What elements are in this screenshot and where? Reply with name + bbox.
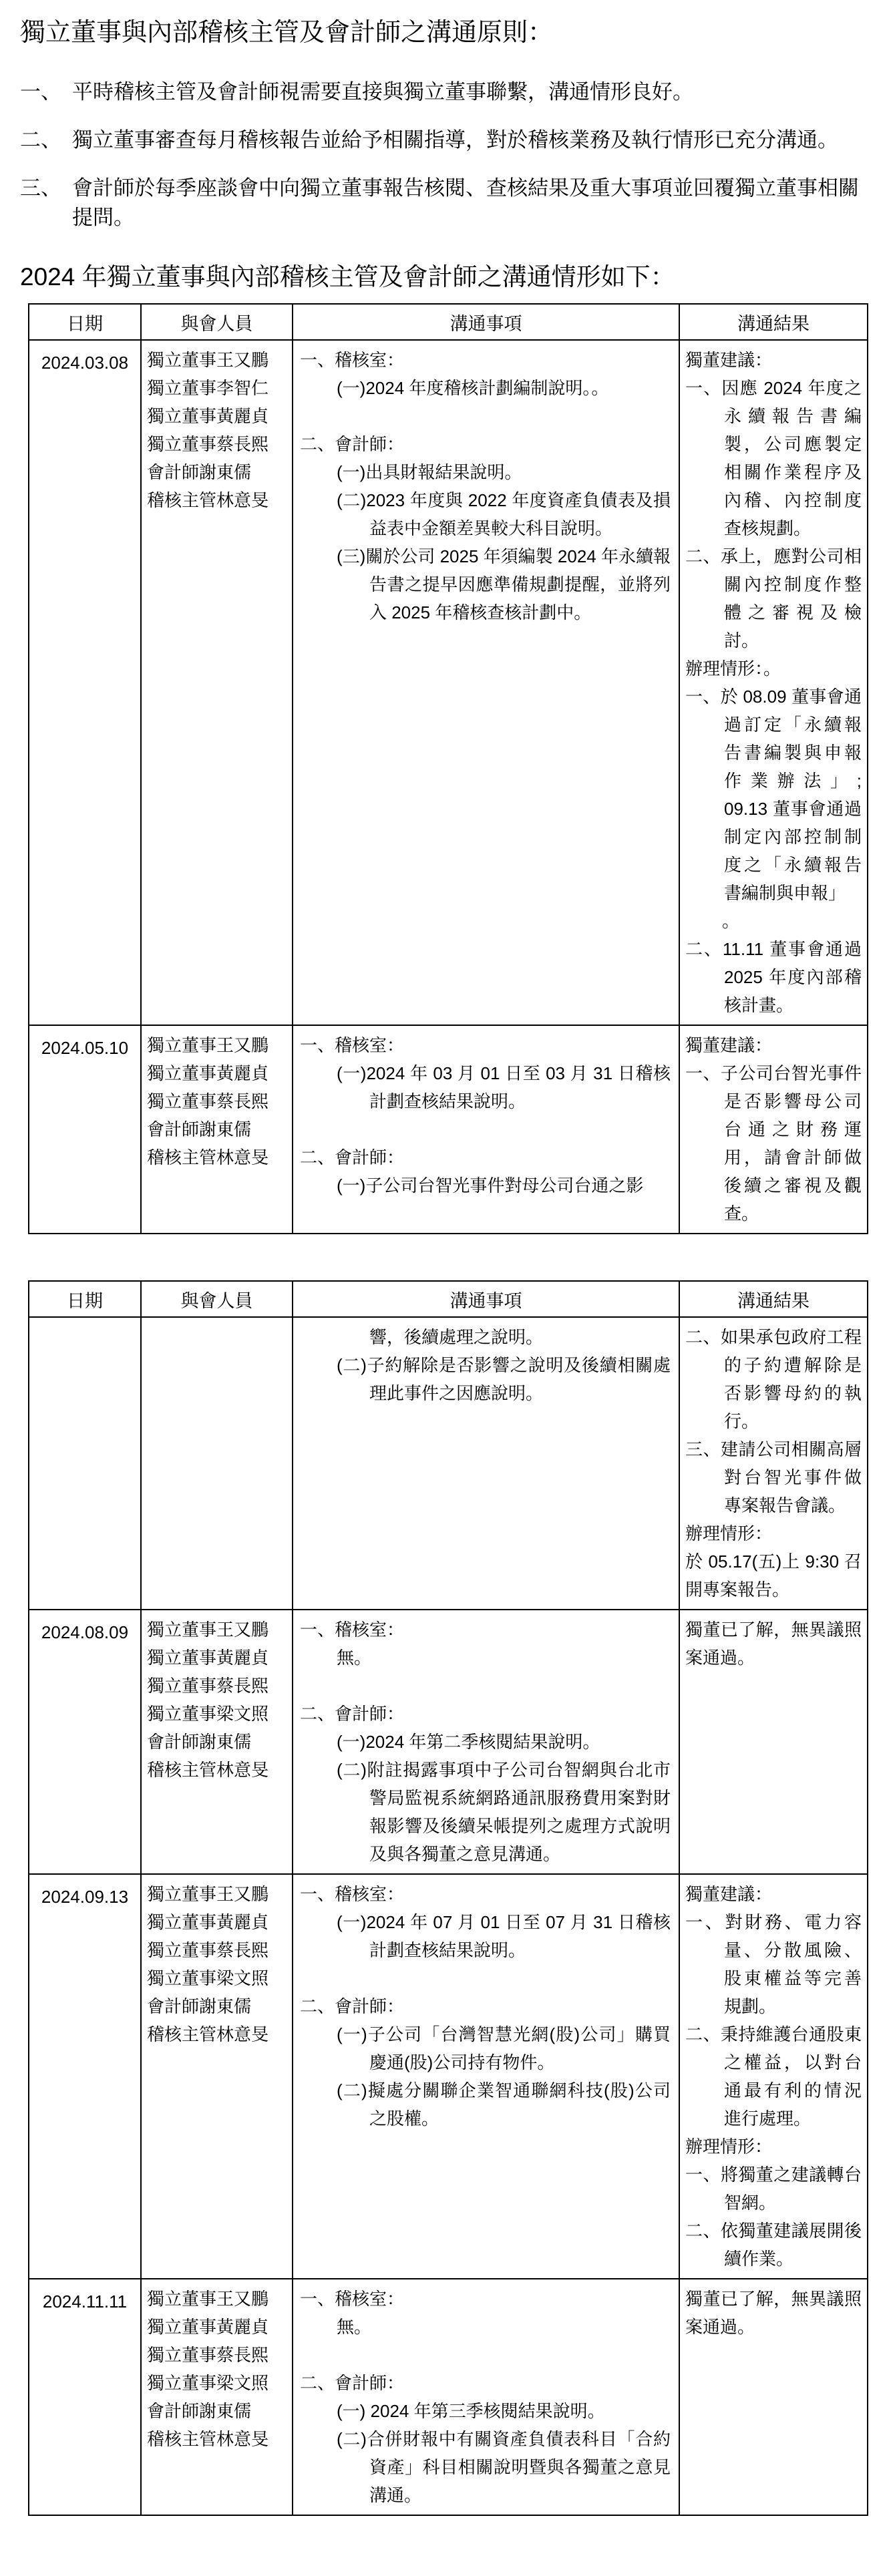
attendee-name: 獨立董事蔡長熙 bbox=[147, 1936, 287, 1964]
attendees-cell: 獨立董事王又鵬獨立董事黃麗貞獨立董事蔡長熙獨立董事梁文照會計師謝東儒稽核主管林意… bbox=[141, 1610, 293, 1874]
col-header-attendees: 與會人員 bbox=[141, 1281, 293, 1317]
attendee-name: 會計師謝東儒 bbox=[147, 1115, 287, 1143]
attendee-name: 獨立董事梁文照 bbox=[147, 1700, 287, 1728]
meeting-date: 2024.11.11 bbox=[29, 2279, 141, 2515]
meeting-date: 2024.09.13 bbox=[29, 1874, 141, 2279]
communication-result: 三、建請公司相關高層對台智光事件做專案報告會議。 bbox=[685, 1435, 862, 1519]
communication-items-cell: 一、稽核室：無。二、會計師：(一) 2024 年第三季核閱結果說明。(二)合併財… bbox=[293, 2279, 679, 2515]
attendee-name: 獨立董事黃麗貞 bbox=[147, 1644, 287, 1672]
communication-result: 二、秉持維護台通股東之權益，以對台通最有利的情況進行處理。 bbox=[685, 2020, 862, 2133]
communication-item: (二)子約解除是否影響之說明及後續相關處理此事件之因應說明。 bbox=[300, 1351, 671, 1407]
principle-item-2: 二、獨立董事審查每月稽核報告並給予相關指導，對於稽核業務及執行情形已充分溝通。 bbox=[20, 126, 867, 155]
communication-result: 獨董已了解，無異議照案通過。 bbox=[685, 2285, 862, 2341]
attendee-name: 獨立董事蔡長熙 bbox=[147, 1087, 287, 1115]
communication-result: 獨董已了解，無異議照案通過。 bbox=[685, 1616, 862, 1672]
communication-item: 無。 bbox=[300, 1644, 671, 1672]
col-header-result: 溝通結果 bbox=[679, 304, 868, 340]
communication-result: 辦理情形： bbox=[685, 1519, 862, 1547]
communication-items-cell: 一、稽核室：無。二、會計師：(一)2024 年第二季核閱結果說明。(二)附註揭露… bbox=[293, 1610, 679, 1874]
col-header-attendees: 與會人員 bbox=[141, 304, 293, 340]
meeting-date: 2024.08.09 bbox=[29, 1610, 141, 1874]
document-page: 獨立董事與內部稽核主管及會計師之溝通原則： 一、平時稽核主管及會計師視需要直接與… bbox=[0, 0, 895, 2576]
attendee-name: 獨立董事王又鵬 bbox=[147, 346, 287, 374]
communication-item: (一)2024 年第二季核閱結果說明。 bbox=[300, 1728, 671, 1756]
communication-item: 二、會計師： bbox=[300, 430, 671, 458]
attendee-name: 獨立董事王又鵬 bbox=[147, 1880, 287, 1908]
attendee-name: 獨立董事黃麗貞 bbox=[147, 1908, 287, 1936]
communication-result: 二、如果承包政府工程的子約遭解除是否影響母約的執行。 bbox=[685, 1323, 862, 1435]
attendee-name: 獨立董事蔡長熙 bbox=[147, 1672, 287, 1700]
meeting-date: 2024.05.10 bbox=[29, 1025, 141, 1234]
communication-result-cell: 獨董建議：一、子公司台智光事件是否影響母公司台通之財務運用，請會計師做後續之審視… bbox=[679, 1025, 868, 1234]
attendees-cell bbox=[141, 1317, 293, 1610]
principles-list: 一、平時稽核主管及會計師視需要直接與獨立董事聯繫，溝通情形良好。 二、獨立董事審… bbox=[20, 77, 867, 232]
attendee-name: 會計師謝東儒 bbox=[147, 458, 287, 486]
communication-result-cell: 獨董建議：一、因應 2024 年度之永續報告書編製，公司應製定相關作業程序及內稽… bbox=[679, 340, 868, 1025]
communication-items-cell: 響，後續處理之說明。(二)子約解除是否影響之說明及後續相關處理此事件之因應說明。 bbox=[293, 1317, 679, 1610]
communication-result-cell: 獨董建議：一、對財務、電力容量、分散風險、股東權益等完善規劃。二、秉持維護台通股… bbox=[679, 1874, 868, 2279]
communication-item: 二、會計師： bbox=[300, 1992, 671, 2020]
principle-number: 一、 bbox=[20, 77, 72, 107]
attendee-name: 獨立董事王又鵬 bbox=[147, 2285, 287, 2313]
section-subtitle: 2024 年獨立董事與內部稽核主管及會計師之溝通情形如下： bbox=[20, 260, 867, 294]
communication-item: (一)子公司台智光事件對母公司台通之影 bbox=[300, 1171, 671, 1200]
communication-item: (二)2023 年度與 2022 年度資產負債表及損益表中金額差異較大科目說明。 bbox=[300, 486, 671, 542]
communication-result: 獨董建議： bbox=[685, 346, 862, 374]
communication-result-cell: 獨董已了解，無異議照案通過。 bbox=[679, 1610, 868, 1874]
communication-item: 無。 bbox=[300, 2313, 671, 2341]
communication-result: 一、對財務、電力容量、分散風險、股東權益等完善規劃。 bbox=[685, 1908, 862, 2020]
communication-item: (二)附註揭露事項中子公司台智網與台北市警局監視系統網路通訊服務費用案對財報影響… bbox=[300, 1756, 671, 1868]
attendee-name: 獨立董事梁文照 bbox=[147, 1964, 287, 1992]
attendees-cell: 獨立董事王又鵬獨立董事黃麗貞獨立董事蔡長熙獨立董事梁文照會計師謝東儒稽核主管林意… bbox=[141, 1874, 293, 2279]
col-header-items: 溝通事項 bbox=[293, 304, 679, 340]
communication-result: 一、因應 2024 年度之永續報告書編製，公司應製定相關作業程序及內稽、內控制度… bbox=[685, 374, 862, 542]
attendee-name: 會計師謝東儒 bbox=[147, 2397, 287, 2425]
col-header-result: 溝通結果 bbox=[679, 1281, 868, 1317]
col-header-date: 日期 bbox=[29, 1281, 141, 1317]
communication-item: (一)2024 年 07 月 01 日至 07 月 31 日稽核計劃查核結果說明… bbox=[300, 1908, 671, 1964]
col-header-items: 溝通事項 bbox=[293, 1281, 679, 1317]
attendees-cell: 獨立董事王又鵬獨立董事李智仁獨立董事黃麗貞獨立董事蔡長熙會計師謝東儒稽核主管林意… bbox=[141, 340, 293, 1025]
communication-item: (一)2024 年 03 月 01 日至 03 月 31 日稽核計劃查核結果說明… bbox=[300, 1059, 671, 1115]
attendee-name: 會計師謝東儒 bbox=[147, 1728, 287, 1756]
communication-result: 二、承上，應對公司相關內控制度作整體之審視及檢討。 bbox=[685, 542, 862, 655]
table-header-row: 日期 與會人員 溝通事項 溝通結果 bbox=[29, 304, 868, 340]
communication-result: 。 bbox=[685, 907, 862, 935]
attendee-name: 獨立董事黃麗貞 bbox=[147, 2313, 287, 2341]
communication-item: 一、稽核室： bbox=[300, 1880, 671, 1908]
communication-result: 辦理情形： bbox=[685, 2133, 862, 2161]
communication-items-cell: 一、稽核室：(一)2024 年 03 月 01 日至 03 月 31 日稽核計劃… bbox=[293, 1025, 679, 1234]
communication-table-part1: 日期 與會人員 溝通事項 溝通結果 2024.03.08 獨立董事王又鵬獨立董事… bbox=[28, 303, 868, 1234]
attendee-name: 獨立董事梁文照 bbox=[147, 2369, 287, 2397]
table-row-2024-05-10: 2024.05.10 獨立董事王又鵬獨立董事黃麗貞獨立董事蔡長熙會計師謝東儒稽核… bbox=[29, 1025, 868, 1234]
communication-item: (三)關於公司 2025 年須編製 2024 年永續報告書之提早因應準備規劃提醒… bbox=[300, 542, 671, 626]
communication-result-cell: 二、如果承包政府工程的子約遭解除是否影響母約的執行。三、建請公司相關高層對台智光… bbox=[679, 1317, 868, 1610]
principle-item-3: 三、會計師於每季座談會中向獨立董事報告核閱、查核結果及重大事項並回覆獨立董事相關… bbox=[20, 174, 867, 232]
communication-result: 二、依獨董建議展開後續作業。 bbox=[685, 2217, 862, 2273]
communication-item: (一)子公司「台灣智慧光網(股)公司」購買慶通(股)公司持有物件。 bbox=[300, 2020, 671, 2076]
attendees-cell: 獨立董事王又鵬獨立董事黃麗貞獨立董事蔡長熙獨立董事梁文照會計師謝東儒稽核主管林意… bbox=[141, 2279, 293, 2515]
attendee-name: 會計師謝東儒 bbox=[147, 1992, 287, 2020]
table-row-2024-08-09: 2024.08.09 獨立董事王又鵬獨立董事黃麗貞獨立董事蔡長熙獨立董事梁文照會… bbox=[29, 1610, 868, 1874]
table-row-continued: 響，後續處理之說明。(二)子約解除是否影響之說明及後續相關處理此事件之因應說明。… bbox=[29, 1317, 868, 1610]
communication-item: (一)2024 年度稽核計劃編制說明。。 bbox=[300, 374, 671, 402]
communication-item: 二、會計師： bbox=[300, 1143, 671, 1171]
attendee-name: 獨立董事蔡長熙 bbox=[147, 430, 287, 458]
communication-result-cell: 獨董已了解，無異議照案通過。 bbox=[679, 2279, 868, 2515]
communication-item: (一) 2024 年第三季核閱結果說明。 bbox=[300, 2397, 671, 2425]
communication-item: 一、稽核室： bbox=[300, 1616, 671, 1644]
page-title: 獨立董事與內部稽核主管及會計師之溝通原則： bbox=[20, 16, 867, 49]
attendee-name: 獨立董事蔡長熙 bbox=[147, 2341, 287, 2369]
principle-number: 三、 bbox=[20, 174, 72, 203]
principle-text: 獨立董事審查每月稽核報告並給予相關指導，對於稽核業務及執行情形已充分溝通。 bbox=[72, 128, 838, 152]
table-row-2024-09-13: 2024.09.13 獨立董事王又鵬獨立董事黃麗貞獨立董事蔡長熙獨立董事梁文照會… bbox=[29, 1874, 868, 2279]
attendee-name: 獨立董事黃麗貞 bbox=[147, 402, 287, 430]
attendee-name: 稽核主管林意旻 bbox=[147, 486, 287, 514]
communication-table-part2: 日期 與會人員 溝通事項 溝通結果 響，後續處理之說明。(二)子約解除是否影響之… bbox=[28, 1280, 868, 2516]
communication-item: (二)合併財報中有關資產負債表科目「合約資產」科目相關說明暨與各獨董之意見溝通。 bbox=[300, 2425, 671, 2509]
communication-result: 於 05.17(五)上 9:30 召開專案報告。 bbox=[685, 1547, 862, 1604]
meeting-date bbox=[29, 1317, 141, 1610]
communication-result: 二、11.11 董事會通過 2025 年度內部稽核計畫。 bbox=[685, 935, 862, 1019]
attendee-name: 稽核主管林意旻 bbox=[147, 2425, 287, 2453]
communication-result: 獨董建議： bbox=[685, 1880, 862, 1908]
communication-result: 一、將獨董之建議轉台智網。 bbox=[685, 2161, 862, 2217]
table-row-2024-03-08: 2024.03.08 獨立董事王又鵬獨立董事李智仁獨立董事黃麗貞獨立董事蔡長熙會… bbox=[29, 340, 868, 1025]
communication-item: 一、稽核室： bbox=[300, 2285, 671, 2313]
communication-result: 獨董建議： bbox=[685, 1031, 862, 1059]
table-row-2024-11-11: 2024.11.11 獨立董事王又鵬獨立董事黃麗貞獨立董事蔡長熙獨立董事梁文照會… bbox=[29, 2279, 868, 2515]
communication-result: 辦理情形：。 bbox=[685, 655, 862, 683]
communication-items-cell: 一、稽核室：(一)2024 年度稽核計劃編制說明。。二、會計師：(一)出具財報結… bbox=[293, 340, 679, 1025]
communication-item: 一、稽核室： bbox=[300, 346, 671, 374]
principle-text: 會計師於每季座談會中向獨立董事報告核閱、查核結果及重大事項並回覆獨立董事相關提問… bbox=[72, 176, 859, 229]
communication-items-cell: 一、稽核室：(一)2024 年 07 月 01 日至 07 月 31 日稽核計劃… bbox=[293, 1874, 679, 2279]
attendee-name: 獨立董事黃麗貞 bbox=[147, 1059, 287, 1087]
attendee-name: 稽核主管林意旻 bbox=[147, 1756, 287, 1784]
attendee-name: 獨立董事王又鵬 bbox=[147, 1031, 287, 1059]
col-header-date: 日期 bbox=[29, 304, 141, 340]
principle-text: 平時稽核主管及會計師視需要直接與獨立董事聯繫，溝通情形良好。 bbox=[72, 80, 693, 104]
communication-item: (二)擬處分關聯企業智通聯網科技(股)公司之股權。 bbox=[300, 2076, 671, 2133]
attendee-name: 獨立董事王又鵬 bbox=[147, 1616, 287, 1644]
attendee-name: 稽核主管林意旻 bbox=[147, 1143, 287, 1171]
attendee-name: 稽核主管林意旻 bbox=[147, 2020, 287, 2048]
communication-result: 一、子公司台智光事件是否影響母公司台通之財務運用，請會計師做後續之審視及觀查。 bbox=[685, 1059, 862, 1228]
table-header-row: 日期 與會人員 溝通事項 溝通結果 bbox=[29, 1281, 868, 1317]
communication-item: (一)出具財報結果說明。 bbox=[300, 458, 671, 486]
principle-number: 二、 bbox=[20, 126, 72, 155]
meeting-date: 2024.03.08 bbox=[29, 340, 141, 1025]
communication-item: 二、會計師： bbox=[300, 2369, 671, 2397]
communication-item: 響，後續處理之說明。 bbox=[300, 1323, 671, 1351]
principle-item-1: 一、平時稽核主管及會計師視需要直接與獨立董事聯繫，溝通情形良好。 bbox=[20, 77, 867, 107]
attendee-name: 獨立董事李智仁 bbox=[147, 374, 287, 402]
communication-item: 一、稽核室： bbox=[300, 1031, 671, 1059]
communication-result: 一、於 08.09 董事會通過訂定「永續報告書編製與申報作業辦法」; 09.13… bbox=[685, 683, 862, 907]
communication-item: 二、會計師： bbox=[300, 1700, 671, 1728]
attendees-cell: 獨立董事王又鵬獨立董事黃麗貞獨立董事蔡長熙會計師謝東儒稽核主管林意旻 bbox=[141, 1025, 293, 1234]
